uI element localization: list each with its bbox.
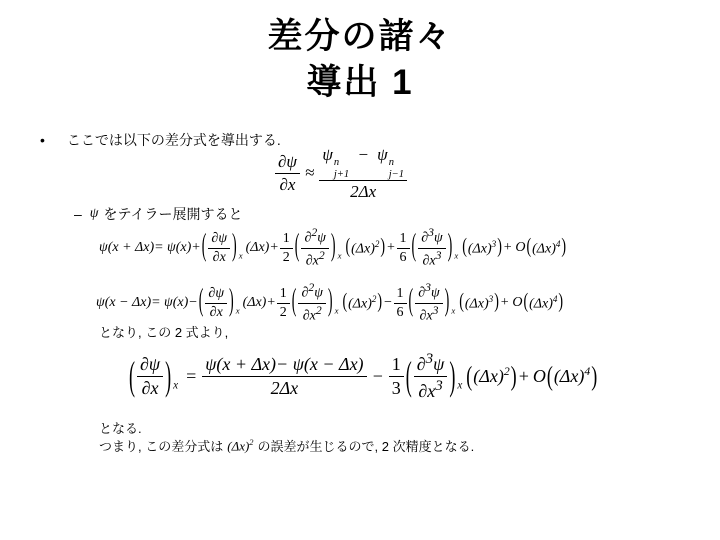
slide-title-line2: 導出 1 (0, 60, 720, 106)
paren: ( (295, 230, 300, 266)
frac-num: ∂3ψ (418, 226, 445, 248)
note-text: つまり, この差分式は (99, 436, 223, 455)
approx-sign: ≈ (305, 163, 314, 183)
frac-den: 6 (394, 304, 407, 322)
paren: ) (561, 236, 566, 260)
exponent: 2 (504, 365, 510, 378)
paren: ( (412, 230, 417, 266)
frac-num: ψ(x + Δx)− ψ(x − Δx) (202, 353, 366, 377)
frac-num: ∂2ψ (298, 281, 325, 303)
paren: ( (409, 285, 414, 321)
dx-squared: (Δx)2 (473, 365, 509, 387)
dx-fourth: (Δx)4 (529, 294, 557, 313)
frac-den: ∂x2 (301, 249, 328, 270)
frac-den: ∂x (137, 377, 163, 400)
operator: + (500, 295, 509, 311)
third-derivative-fraction: ∂3ψ ∂x3 (415, 281, 442, 324)
dx-term: (Δx) (227, 438, 249, 453)
math-seg: (Δx)+ (246, 240, 279, 256)
dx-term: (Δx) (554, 366, 585, 386)
paren: ) (445, 285, 450, 321)
exponent: 3 (426, 351, 434, 367)
frac-den: 2Δx (319, 181, 407, 202)
operator: + (503, 240, 512, 256)
frac-num: ∂ψ (275, 151, 300, 173)
paren: ) (591, 360, 597, 392)
subscript-j-minus-1: j−1 (389, 169, 404, 181)
lhs-fraction: ∂ψ ∂x (275, 151, 300, 195)
dx-term: (Δx) (465, 296, 489, 311)
dpsi-dx-fraction: ∂ψ ∂x (137, 353, 163, 399)
dx-squared: (Δx)2 (348, 294, 376, 313)
subscript-x: x (236, 305, 240, 315)
dx-symbol: ∂x (418, 381, 435, 401)
frac-den: 3 (389, 377, 404, 400)
frac-den: ∂x (208, 249, 230, 267)
psi-symbol: ψ (377, 145, 388, 164)
dx-squared: (Δx)2 (351, 239, 379, 258)
supsub-stack: nj+1 (334, 157, 349, 180)
operator: + (518, 366, 530, 387)
subscript-x: x (454, 250, 458, 260)
frac-num: ψnj+1 − ψnj−1 (319, 144, 407, 181)
exponent: 3 (492, 239, 497, 249)
one-sixth-fraction: 1 6 (397, 230, 410, 266)
psi-symbol: ψ (322, 145, 333, 164)
dx-symbol: ∂x (422, 253, 435, 268)
paren: ) (229, 285, 234, 321)
paren: ) (377, 291, 382, 315)
frac-den: ∂x (205, 304, 227, 322)
psi-symbol: ψ (434, 231, 443, 246)
dpsi-dx-fraction: ∂ψ ∂x (205, 285, 227, 321)
frac-num: 1 (277, 285, 290, 304)
third-derivative-fraction: ∂3ψ ∂x3 (414, 350, 448, 402)
exponent: 2 (249, 437, 253, 447)
paren: ) (511, 360, 517, 392)
one-half-fraction: 1 2 (280, 230, 293, 266)
dx-cubed: (Δx)3 (468, 239, 496, 258)
dx-symbol: ∂x (303, 308, 316, 323)
dx-term: (Δx) (351, 241, 375, 256)
paren: ) (328, 285, 333, 321)
dx-term: (Δx) (468, 241, 492, 256)
subscript-x: x (457, 379, 462, 391)
sub-bullet-text: をテイラー展開すると (104, 204, 243, 224)
third-derivative-fraction: ∂3ψ ∂x3 (418, 226, 445, 269)
subscript-x: x (335, 305, 339, 315)
paren: ) (380, 236, 385, 260)
paren: ) (232, 230, 237, 266)
dx-symbol: ∂x (419, 308, 432, 323)
dx-symbol: ∂x (306, 253, 319, 268)
frac-den: ∂x3 (415, 304, 442, 325)
frac-num: 1 (397, 230, 410, 249)
note-text: となり, この 2 式より, (99, 322, 228, 341)
subscript-x: x (338, 250, 342, 260)
dx-term: (Δx) (532, 241, 556, 256)
paren: ( (129, 352, 135, 399)
psi-symbol: ψ (433, 354, 444, 374)
paren: ) (165, 352, 171, 399)
exponent: 3 (435, 378, 443, 394)
paren: ( (345, 236, 350, 260)
presentation-slide: 差分の諸々 導出 1 • ここでは以下の差分式を導出する. ∂ψ ∂x ≈ ψn… (0, 0, 720, 540)
rhs-fraction: ψnj+1 − ψnj−1 2Δx (319, 144, 407, 203)
exponent: 2 (375, 239, 380, 249)
note-result: となる. (99, 418, 142, 437)
math-seg: (Δx)+ (243, 295, 276, 311)
bullet-item: • ここでは以下の差分式を導出する. (40, 130, 281, 150)
dpsi-dx-fraction: ∂ψ ∂x (208, 230, 230, 266)
frac-den: 2 (280, 249, 293, 267)
bullet-marker: • (40, 132, 45, 148)
exponent: 3 (433, 304, 439, 317)
note-accuracy: つまり, この差分式は (Δx)2 の誤差が生じるので, 2 次精度となる. (99, 436, 474, 455)
slide-title: 差分の諸々 導出 1 (0, 14, 720, 106)
supsub-stack: nj−1 (389, 157, 404, 180)
frac-den: 2 (277, 304, 290, 322)
paren: ( (466, 360, 472, 392)
exponent: 3 (489, 294, 494, 304)
frac-num: 1 (280, 230, 293, 249)
frac-num: ∂ψ (205, 285, 227, 304)
superscript-n: n (334, 157, 349, 169)
difference-quotient-fraction: ψ(x + Δx)− ψ(x − Δx) 2Δx (202, 353, 366, 399)
frac-num: ∂3ψ (414, 350, 448, 377)
bullet-text: ここでは以下の差分式を導出する. (67, 130, 281, 150)
paren: ( (342, 291, 347, 315)
exponent: 2 (319, 249, 325, 262)
frac-den: 2Δx (202, 377, 366, 400)
dx-term: (Δx) (348, 296, 372, 311)
frac-num: 1 (389, 353, 404, 377)
paren: ( (199, 285, 204, 321)
paren: ( (462, 236, 467, 260)
subscript-x: x (173, 379, 178, 391)
formula-central-difference: ∂ψ ∂x ≈ ψnj+1 − ψnj−1 2Δx (274, 141, 408, 205)
paren: ) (448, 230, 453, 266)
dash-marker: – (74, 206, 82, 222)
dx-fourth: (Δx)4 (554, 365, 590, 387)
paren: ) (494, 291, 499, 315)
formula-result: ( ∂ψ ∂x ) x = ψ(x + Δx)− ψ(x − Δx) 2Δx −… (128, 343, 598, 409)
dx-fourth: (Δx)4 (532, 239, 560, 258)
big-O-symbol: O (533, 366, 546, 387)
operator: − (357, 145, 368, 164)
note-connector: となり, この 2 式より, (99, 322, 228, 341)
operator: + (386, 240, 395, 256)
frac-den: ∂x3 (414, 377, 448, 403)
frac-num: 1 (394, 285, 407, 304)
dx-cubed: (Δx)3 (465, 294, 493, 313)
exponent: 2 (316, 304, 322, 317)
paren: ( (526, 236, 531, 260)
second-derivative-fraction: ∂2ψ ∂x2 (301, 226, 328, 269)
partial-symbol: ∂ (417, 354, 426, 374)
math-seg: ψ(x + Δx)= ψ(x)+ (99, 240, 201, 256)
frac-den: ∂x3 (418, 249, 445, 270)
exponent: 4 (556, 239, 561, 249)
big-O-symbol: O (515, 240, 525, 256)
sub-bullet-item: – ψ をテイラー展開すると (74, 204, 243, 224)
exponent: 3 (436, 249, 442, 262)
exponent: 4 (553, 294, 558, 304)
note-text: の誤差が生じるので, 2 次精度となる. (258, 436, 475, 455)
frac-num: ∂ψ (137, 353, 163, 377)
frac-num: ∂2ψ (301, 226, 328, 248)
psi-symbol: ψ (431, 286, 440, 301)
paren: ( (523, 291, 528, 315)
frac-num: ∂ψ (208, 230, 230, 249)
paren: ) (558, 291, 563, 315)
paren: ) (497, 236, 502, 260)
psi-symbol: ψ (317, 231, 326, 246)
dx-term: (Δx) (529, 296, 553, 311)
superscript-n: n (389, 157, 404, 169)
exponent: 2 (372, 294, 377, 304)
formula-taylor-plus: ψ(x + Δx)= ψ(x)+ ( ∂ψ ∂x ) x (Δx)+ 1 2 (… (99, 222, 567, 274)
one-third-fraction: 1 3 (389, 353, 404, 399)
dx-squared-inline: (Δx)2 (227, 437, 253, 454)
paren: ( (292, 285, 297, 321)
paren: ) (449, 352, 455, 399)
operator: − (372, 366, 384, 387)
second-derivative-fraction: ∂2ψ ∂x2 (298, 281, 325, 324)
one-sixth-fraction: 1 6 (394, 285, 407, 321)
big-O-symbol: O (512, 295, 522, 311)
operator: − (383, 295, 392, 311)
slide-title-line1: 差分の諸々 (0, 14, 720, 60)
note-text: となる. (99, 418, 142, 437)
frac-den: ∂x2 (298, 304, 325, 325)
paren: ( (406, 352, 412, 399)
paren: ( (547, 360, 553, 392)
paren: ( (202, 230, 207, 266)
one-half-fraction: 1 2 (277, 285, 290, 321)
subscript-j-plus-1: j+1 (334, 169, 349, 181)
frac-den: 6 (397, 249, 410, 267)
math-seg: ψ(x − Δx)= ψ(x)− (96, 295, 198, 311)
psi-symbol: ψ (314, 286, 323, 301)
paren: ( (459, 291, 464, 315)
subscript-x: x (239, 250, 243, 260)
psi-symbol: ψ (90, 206, 99, 222)
exponent: 4 (584, 365, 590, 378)
frac-den: ∂x (275, 174, 300, 195)
equals-sign: = (185, 366, 197, 387)
paren: ) (331, 230, 336, 266)
frac-num: ∂3ψ (415, 281, 442, 303)
dx-term: (Δx) (473, 366, 504, 386)
subscript-x: x (451, 305, 455, 315)
